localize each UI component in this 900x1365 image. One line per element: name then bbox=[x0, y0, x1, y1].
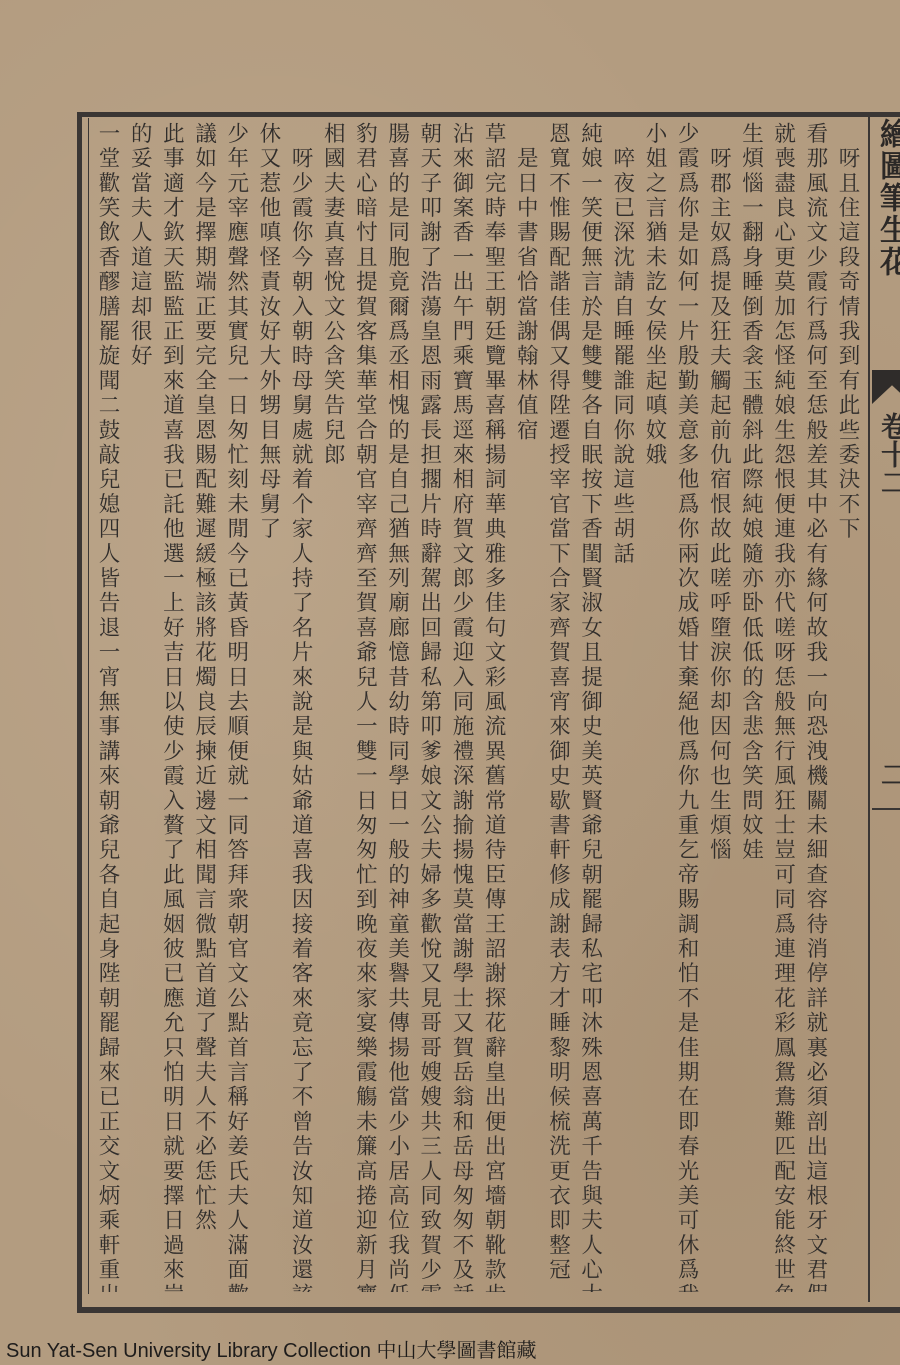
text-column: 就喪盡良心更莫加怎怪純娘生怨恨便連我亦代嗟呀恁般無行風狂士豈可同爲連理花彩鳳鴛鴦… bbox=[767, 122, 799, 1292]
text-column: 腸喜的是同胞竟爾爲丞相愧的是自己猶無列廟廊憶昔幼時同學日一般的神童美譽共傳揚他當… bbox=[381, 122, 413, 1292]
text-column: 純娘一笑便無言於是雙雙各自眠按下香閨賢淑女且提御史美英賢爺兒朝罷歸私宅叩沐殊恩喜… bbox=[574, 122, 606, 1292]
page-number-rule bbox=[872, 808, 900, 810]
text-column: 呀郡主奴爲提及狂夫觸起前仇宿恨故此嗟呼墮淚你却因何也生煩惱 bbox=[703, 122, 735, 1292]
text-column: 草詔完時奉聖王朝廷覽畢喜稱揚詞華典雅多佳句文彩風流異舊常道待臣傳王詔謝探花辭皇出… bbox=[478, 122, 510, 1292]
text-column: 恩寬不惟賜配諧佳偶又得陞遷授宰官當下合家齊賀喜宵來御史歇書軒修成謝表方才睡黎明候… bbox=[542, 122, 574, 1292]
text-column: 的妥當夫人道這却很好 bbox=[124, 122, 156, 1292]
text-column: 豹君心暗忖且提賀客集華堂合朝官宰齊齊至賀喜爺兒人一雙一日匆匆忙到晚夜來家宴樂霞觴… bbox=[349, 122, 381, 1292]
text-column: 是日中書省恰當謝翰林值宿 bbox=[510, 122, 542, 1292]
text-column: 呀且住這段奇情我到有此些委決不下 bbox=[832, 122, 864, 1292]
text-column: 朝天子叩謝了浩蕩皇恩雨露長担擱片時辭駕出回歸私第叩爹娘文公夫婦多歡悅又見哥哥嫂嫂… bbox=[414, 122, 446, 1292]
text-column: 此事適才欽天監監正到來道喜我已託他選一上好吉日以使少霞入贅了此風姻彼已應允只怕明… bbox=[156, 122, 188, 1292]
banxin-divider bbox=[868, 112, 870, 1302]
banxin-margin-strip: 繪圖筆生花 卷十二 二 bbox=[872, 112, 900, 1302]
text-column: 生煩惱一翻身睡倒香衾玉體斜此際純娘隨亦卧低低的含悲含笑問妏娃 bbox=[735, 122, 767, 1292]
text-column: 相國夫妻真喜悅文公含笑告兒郎 bbox=[317, 122, 349, 1292]
book-title: 繪圖筆生花 bbox=[874, 118, 900, 278]
text-column: 啐夜已深沈請自睡罷誰同你說這些胡話 bbox=[607, 122, 639, 1292]
text-column: 一堂歡笑飲香醪膳罷旋聞二鼓敲兒媳四人皆告退一宵無事講來朝爺兒各自起身陛朝罷歸來已… bbox=[92, 122, 124, 1292]
text-column: 小姐之言猶未訖女侯坐起嗔妏娥 bbox=[639, 122, 671, 1292]
library-credit: Sun Yat-Sen University Library Collectio… bbox=[6, 1334, 537, 1363]
text-column: 議如今是擇期端正要完全皇恩賜配難遲緩極該將花燭良辰揀近邊文相聞言微點首道了聲夫人… bbox=[188, 122, 220, 1292]
text-column: 少年元宰應聲然其實兒一日匆忙刻未閒今已黃昏明日去順便就一同答拜衆朝官文公點首言稱… bbox=[221, 122, 253, 1292]
page-number: 二 bbox=[876, 760, 900, 788]
main-text-block: 呀且住這段奇情我到有此些委決不下 看那風流文少霞行爲何至恁般差其中必有緣何故我一… bbox=[92, 122, 864, 1292]
text-column: 看那風流文少霞行爲何至恁般差其中必有緣何故我一向恐洩機關未細查容待消停詳就裏必須… bbox=[800, 122, 832, 1292]
text-column: 少霞爲你是如何一片殷勤美意多他爲你兩次成婚甘棄絕他爲你九重乞帝賜調和怕不是佳期在… bbox=[671, 122, 703, 1292]
text-column: 休又惹他嗔怪責汝好大外甥目無母舅了 bbox=[253, 122, 285, 1292]
text-column: 沾來御案香一出午門乘寶馬逕來相府賀文郎少霞迎入同施禮深謝揄揚愧莫當謝學士又賀岳翁… bbox=[446, 122, 478, 1292]
fishtail-mark-icon bbox=[872, 370, 900, 404]
volume-label: 卷十二 bbox=[876, 412, 900, 496]
text-column: 呀少霞你今朝入朝時母舅處就着个家人持了名片來說是與姑爺道喜我因接着客來竟忘了不曾… bbox=[285, 122, 317, 1292]
